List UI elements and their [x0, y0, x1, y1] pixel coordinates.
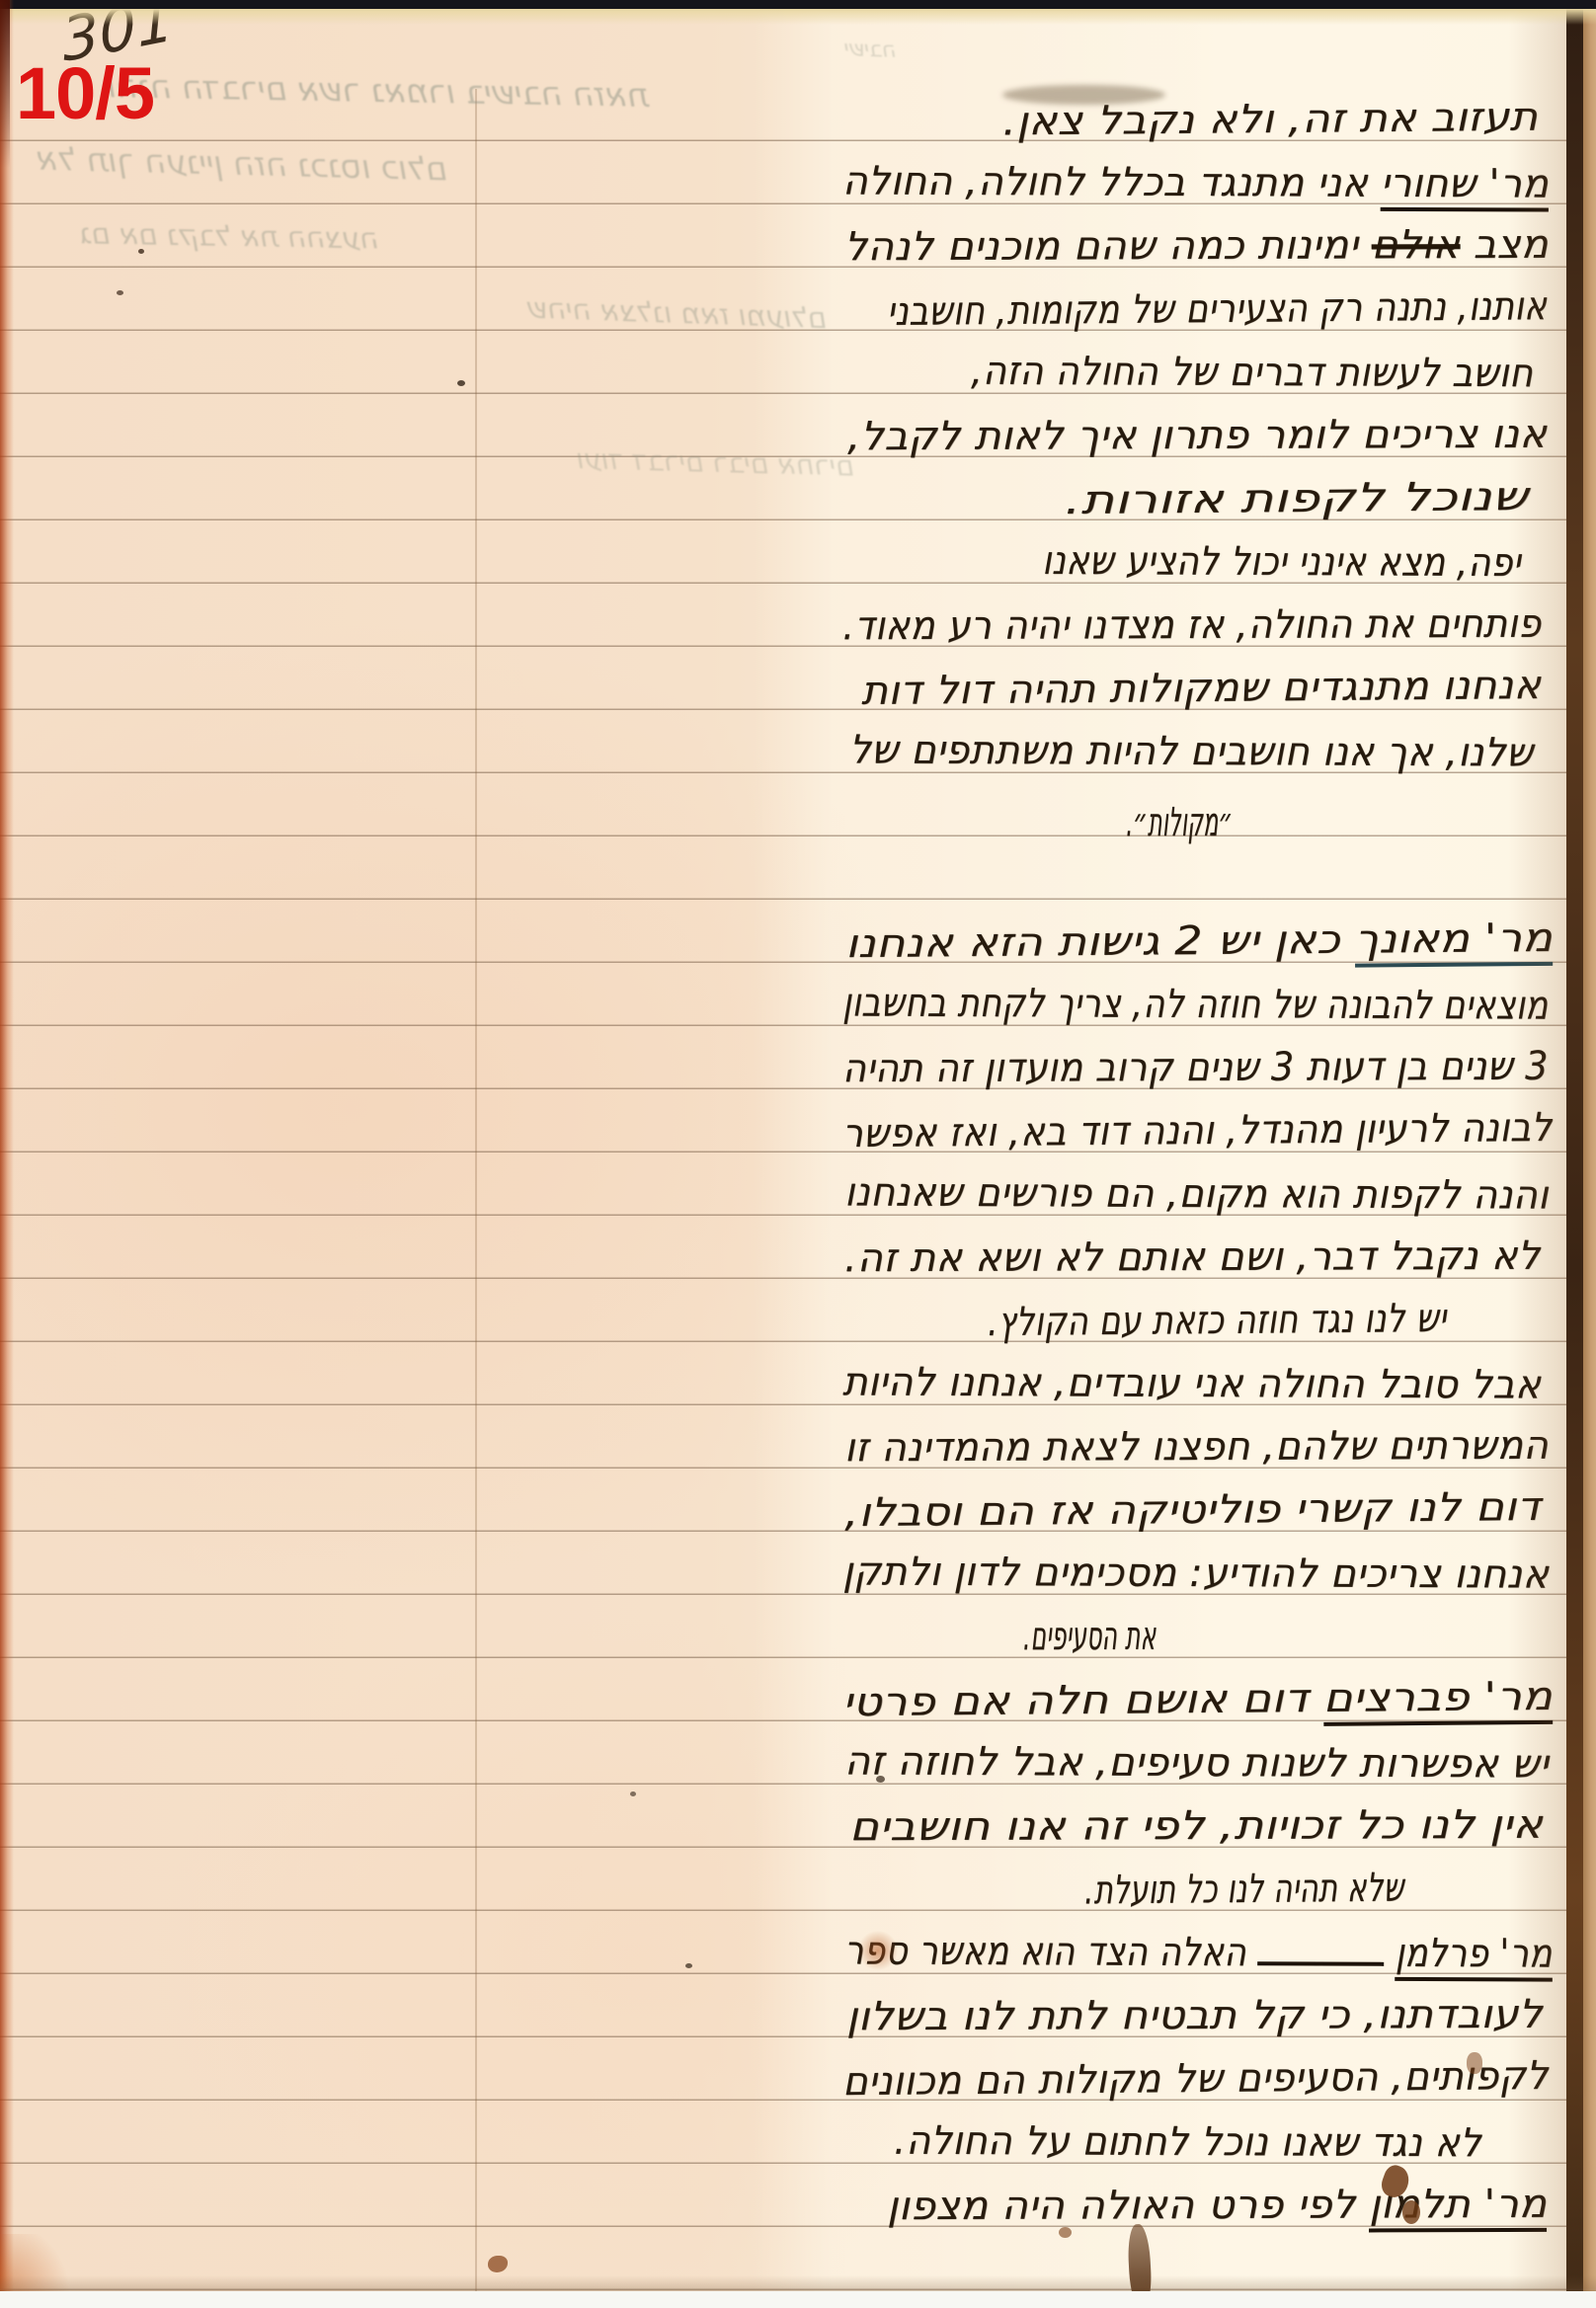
- gutter-shadow: [1509, 0, 1566, 2308]
- handwriting-text: שלא תהיה לנו כל תועלת.: [1084, 1866, 1404, 1914]
- manuscript-line: אבל סובל החולה אני עובדים, אנחנו להיות: [842, 1354, 1541, 1418]
- ink-speck: [630, 1791, 636, 1796]
- handwriting-text: והנה לקפות הוא מקום, הם פורשים שאנחנו: [844, 1169, 1549, 1218]
- page-edge-dark-strip: [1566, 0, 1583, 2308]
- scan-band-top: [0, 0, 1596, 9]
- scan-shadow-bottom: [0, 2275, 1596, 2291]
- torn-left-edge-dark: [0, 0, 10, 168]
- scanned-manuscript-page: ישיבהוהנה הדברים אשר נאמרו בישיבה הזאתאל…: [0, 0, 1596, 2308]
- manuscript-line: לא נקבל דבר, ושם אותם לא ושא את זה.: [844, 1229, 1541, 1292]
- handwriting-text: לא נגד שאנו נוכל לחתום על החולה.: [894, 2118, 1481, 2167]
- handwriting-text: אני מתנגד בכלל לחולה, החולה: [842, 158, 1368, 205]
- manuscript-line: שלנו, אך אנו חושבים להיות משתתפים של: [849, 722, 1533, 786]
- handwriting-text: לקפותים, הסעיפים של מקולות הם מכוונים: [842, 2053, 1549, 2105]
- manuscript-line: אותנו, נתנה רק הצעירים של מקומות, חושבני: [887, 279, 1548, 346]
- manuscript-line: מר' שחורי אני מתנגד בכלל לחולה, החולה: [842, 153, 1549, 217]
- handwriting-text: אין לנו כל זכויות, לפי זה אנו חושבים: [849, 1802, 1543, 1850]
- manuscript-line: מר' תלמון לפי פרט האולה היה מצפון: [887, 2177, 1547, 2240]
- manuscript-line: ״מקולות״.: [1126, 795, 1233, 856]
- ink-speck: [457, 380, 465, 386]
- manuscript-line: אין לנו כל זכויות, לפי זה אנו חושבים: [849, 1797, 1543, 1861]
- handwriting-text: את הסעיפים.: [1022, 1614, 1156, 1659]
- handwriting-text: 3 שנים בן דעות 3 שנים קרוב מועדון זה תהי…: [842, 1044, 1549, 1091]
- handwriting-text: דום אושם חלה אם פרטי: [842, 1676, 1309, 1725]
- underline-extension: [1258, 1932, 1385, 1966]
- handwriting-text: לעובדתנו, כי קל תבטיח לתת לנו בשלון: [846, 1992, 1543, 2039]
- handwriting-text: המשרתים שלהם, חפצנו לצאת מהמדינה זו: [844, 1423, 1549, 1471]
- handwriting-text: ״מקולות״.: [1126, 800, 1233, 845]
- manuscript-line: פותחים את החולה, אז מצדנו יהיה רע מאוד.: [842, 597, 1541, 660]
- brown-stain: [1467, 2052, 1482, 2074]
- handwriting-text: פותחים את החולה, אז מצדנו יהיה רע מאוד.: [842, 601, 1542, 649]
- handwriting-text: ימינות כמה שהם מוכנים לנהל: [844, 222, 1358, 270]
- handwriting-text: חושב לעשות דברים של החולה הזה,: [971, 349, 1534, 396]
- manuscript-line: 3 שנים בן דעות 3 שנים קרוב מועדון זה תהי…: [842, 1039, 1549, 1102]
- handwriting-text: לבונה לרעיון מהנדל, והנה דוד בא, ואז אפש…: [842, 1105, 1553, 1156]
- handwriting-text: אותנו, נתנה רק הצעירים של מקומות, חושבני: [887, 283, 1548, 335]
- handwriting-text: מוצאים להבונה של חוזה לה, צריך לקחת בחשב…: [842, 980, 1549, 1028]
- manuscript-line: יפה, מצא אינני יכול להציע שאנו: [1042, 533, 1521, 597]
- paper-edge-top-cream: [0, 9, 1596, 25]
- manuscript-line: מר' פברצים דום אושם חלה אם פרטי: [842, 1669, 1554, 1736]
- bleed-through-line: גם אם נקבל את ההצעה: [81, 216, 380, 255]
- manuscript-line: מר' פרלמן האלה הצד הוא מאשר ספר: [844, 1923, 1553, 1987]
- manuscript-line: חושב לעשות דברים של החולה הזה,: [971, 344, 1533, 407]
- manuscript-line: את הסעיפים.: [1022, 1609, 1156, 1670]
- struck-word: אולם: [1372, 222, 1461, 268]
- manuscript-line: דום לנו קשרי פוליטיקה אז הם וסבלו,: [844, 1479, 1542, 1547]
- handwriting-text: יפה, מצא אינני יכול להציע שאנו: [1042, 538, 1521, 586]
- manuscript-line: לעובדתנו, כי קל תבטיח לתת לנו בשלון: [846, 1987, 1543, 2050]
- handwriting-text: שנוכל לקפות אזורות.: [1064, 474, 1528, 523]
- brown-stain: [1059, 2227, 1072, 2238]
- manuscript-line: אנחנו צריכים להודיע: מסכימים לדון ולתקן: [842, 1544, 1549, 1608]
- manuscript-line: שנוכל לקפות אזורות.: [1065, 469, 1529, 534]
- handwriting-text: יש אפשרות לשנות סעיפים, אבל לחוזה זה: [844, 1738, 1549, 1787]
- handwriting-text: אנחנו מתנגדים שמקולות תהיה דול דות: [860, 663, 1541, 714]
- handwriting-text: כאן יש 2 גישות הזא אנחנו: [845, 917, 1340, 967]
- manuscript-line: אנחנו מתנגדים שמקולות תהיה דול דות: [861, 658, 1542, 725]
- handwriting-text: אנחנו צריכים להודיע: מסכימים לדון ולתקן: [842, 1549, 1549, 1597]
- handwriting-text: דום לנו קשרי פוליטיקה אז הם וסבלו,: [844, 1484, 1541, 1536]
- ink-speck: [138, 249, 144, 254]
- manuscript-line: לבונה לרעיון מהנדל, והנה דוד בא, ואז אפש…: [842, 1100, 1554, 1167]
- manuscript-line: אנו צריכים לומר פתרון איך לאות לקבל,: [847, 407, 1547, 470]
- scan-margin-right: [1583, 0, 1596, 2308]
- vertical-fold-crease: [475, 89, 477, 2291]
- manuscript-line: יש אפשרות לשנות סעיפים, אבל לחוזה זה: [844, 1733, 1549, 1797]
- brown-stain: [1402, 2200, 1420, 2224]
- handwriting-text: שלנו, אך אנו חושבים להיות משתתפים של: [848, 727, 1533, 775]
- manuscript-line: המשרתים שלהם, חפצנו לצאת מהמדינה זו: [844, 1418, 1549, 1481]
- ink-smudge: [1002, 85, 1165, 105]
- scan-band-bottom: [0, 2291, 1596, 2308]
- manuscript-line: שלא תהיה לנו כל תועלת.: [1084, 1861, 1405, 1925]
- handwriting-text: לפי פרט האולה היה מצפון: [887, 2183, 1356, 2230]
- manuscript-line: והנה לקפות הוא מקום, הם פורשים שאנחנו: [844, 1164, 1549, 1229]
- manuscript-line: מוצאים להבונה של חוזה לה, צריך לקחת בחשב…: [842, 975, 1549, 1039]
- manuscript-line: מר' מאונך כאן יש 2 גישות הזא אנחנו: [845, 911, 1554, 978]
- handwriting-text: אנו צריכים לומר פתרון איך לאות לקבל,: [847, 412, 1548, 459]
- ink-speck: [685, 1963, 692, 1968]
- handwriting-text: יש לנו נגד חוזה כזאת עם הקולץ.: [988, 1296, 1447, 1345]
- bleed-through-line: ישיבה: [845, 37, 898, 63]
- torn-left-edge: [0, 0, 14, 2308]
- manuscript-line: יש לנו נגד חוזה כזאת עם הקולץ.: [988, 1291, 1448, 1356]
- manuscript-line: מצב אולם ימינות כמה שהם מוכנים לנהל: [844, 217, 1549, 280]
- ink-speck: [117, 290, 123, 295]
- handwriting-text: לא נקבל דבר, ושם אותם לא ושא את זה.: [844, 1234, 1541, 1281]
- ink-speck: [876, 1776, 885, 1783]
- manuscript-line: לקפותים, הסעיפים של מקולות הם מכוונים: [842, 2048, 1550, 2115]
- handwriting-text: האלה הצד הוא מאשר ספר: [844, 1928, 1246, 1975]
- red-date-label: 10/5: [16, 51, 154, 135]
- brown-stain: [857, 1931, 899, 1970]
- handwriting-text: אבל סובל החולה אני עובדים, אנחנו להיות: [842, 1359, 1541, 1407]
